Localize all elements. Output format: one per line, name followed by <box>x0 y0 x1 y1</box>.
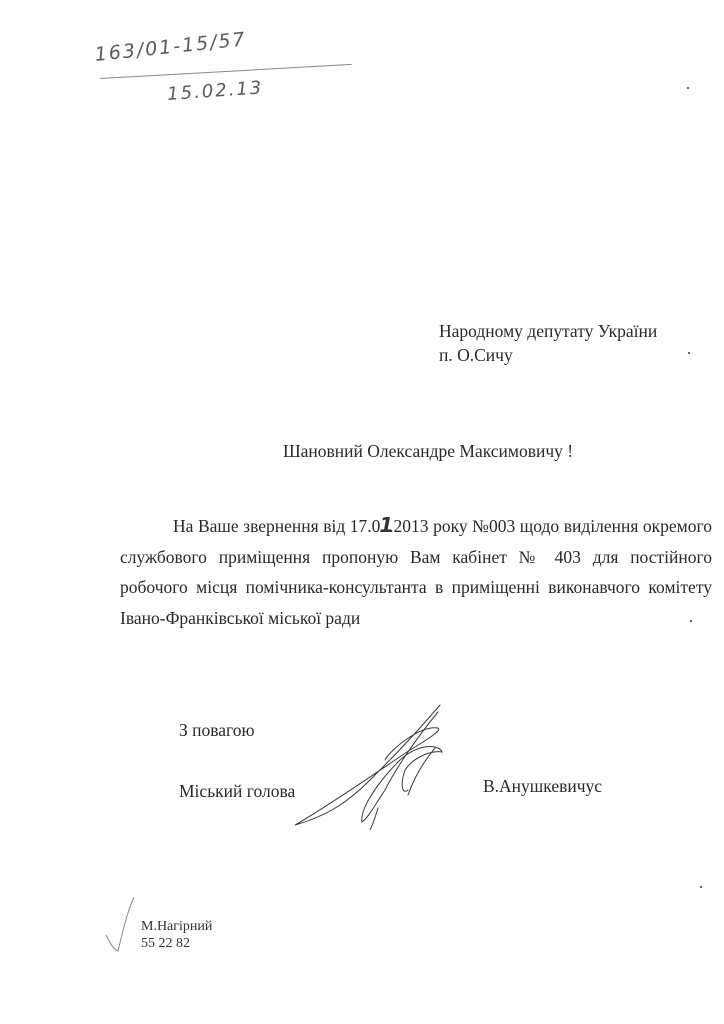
body-line-2: службового приміщення пропоную Вам кабін… <box>120 542 712 573</box>
scan-speck <box>700 886 702 888</box>
letter-body: На Ваше звернення від 17.011.2013 року №… <box>120 511 712 633</box>
signatory-position: Міський голова <box>179 781 295 802</box>
scan-speck <box>688 352 690 354</box>
signature-icon <box>290 700 450 830</box>
body-line-1-start: На Ваше звернення від 17.0 <box>173 516 380 536</box>
salutation: Шановний Олександре Максимовичу ! <box>283 441 573 462</box>
registration-underline <box>100 64 352 79</box>
body-line-4: Івано-Франківської міської ради <box>120 603 712 634</box>
checkmark-icon <box>104 895 144 955</box>
overwritten-digit: 11 <box>380 516 389 536</box>
executor-phone: 55 22 82 <box>141 935 212 952</box>
registration-date: 15.02.13 <box>167 77 264 105</box>
addressee-title: Народному депутату України <box>439 319 657 343</box>
addressee-name: п. О.Сичу <box>439 343 657 367</box>
signatory-name: В.Анушкевичус <box>483 776 602 797</box>
executor-block: М.Нагірний 55 22 82 <box>141 918 212 952</box>
executor-name: М.Нагірний <box>141 918 212 935</box>
body-line-1-end: .2013 року №003 щодо виділення окремого <box>389 516 712 536</box>
registration-number: 163/01-15/57 <box>94 28 248 66</box>
body-line-1: На Ваше звернення від 17.011.2013 року №… <box>120 511 712 542</box>
addressee-block: Народному депутату України п. О.Сичу <box>439 319 657 367</box>
handwritten-digit: 1 <box>379 510 393 541</box>
closing-phrase: З повагою <box>179 720 255 741</box>
body-line-3: робочого місця помічника-консультанта в … <box>120 572 712 603</box>
document-page: 163/01-15/57 15.02.13 Народному депутату… <box>0 0 724 1024</box>
scan-speck <box>687 87 689 89</box>
